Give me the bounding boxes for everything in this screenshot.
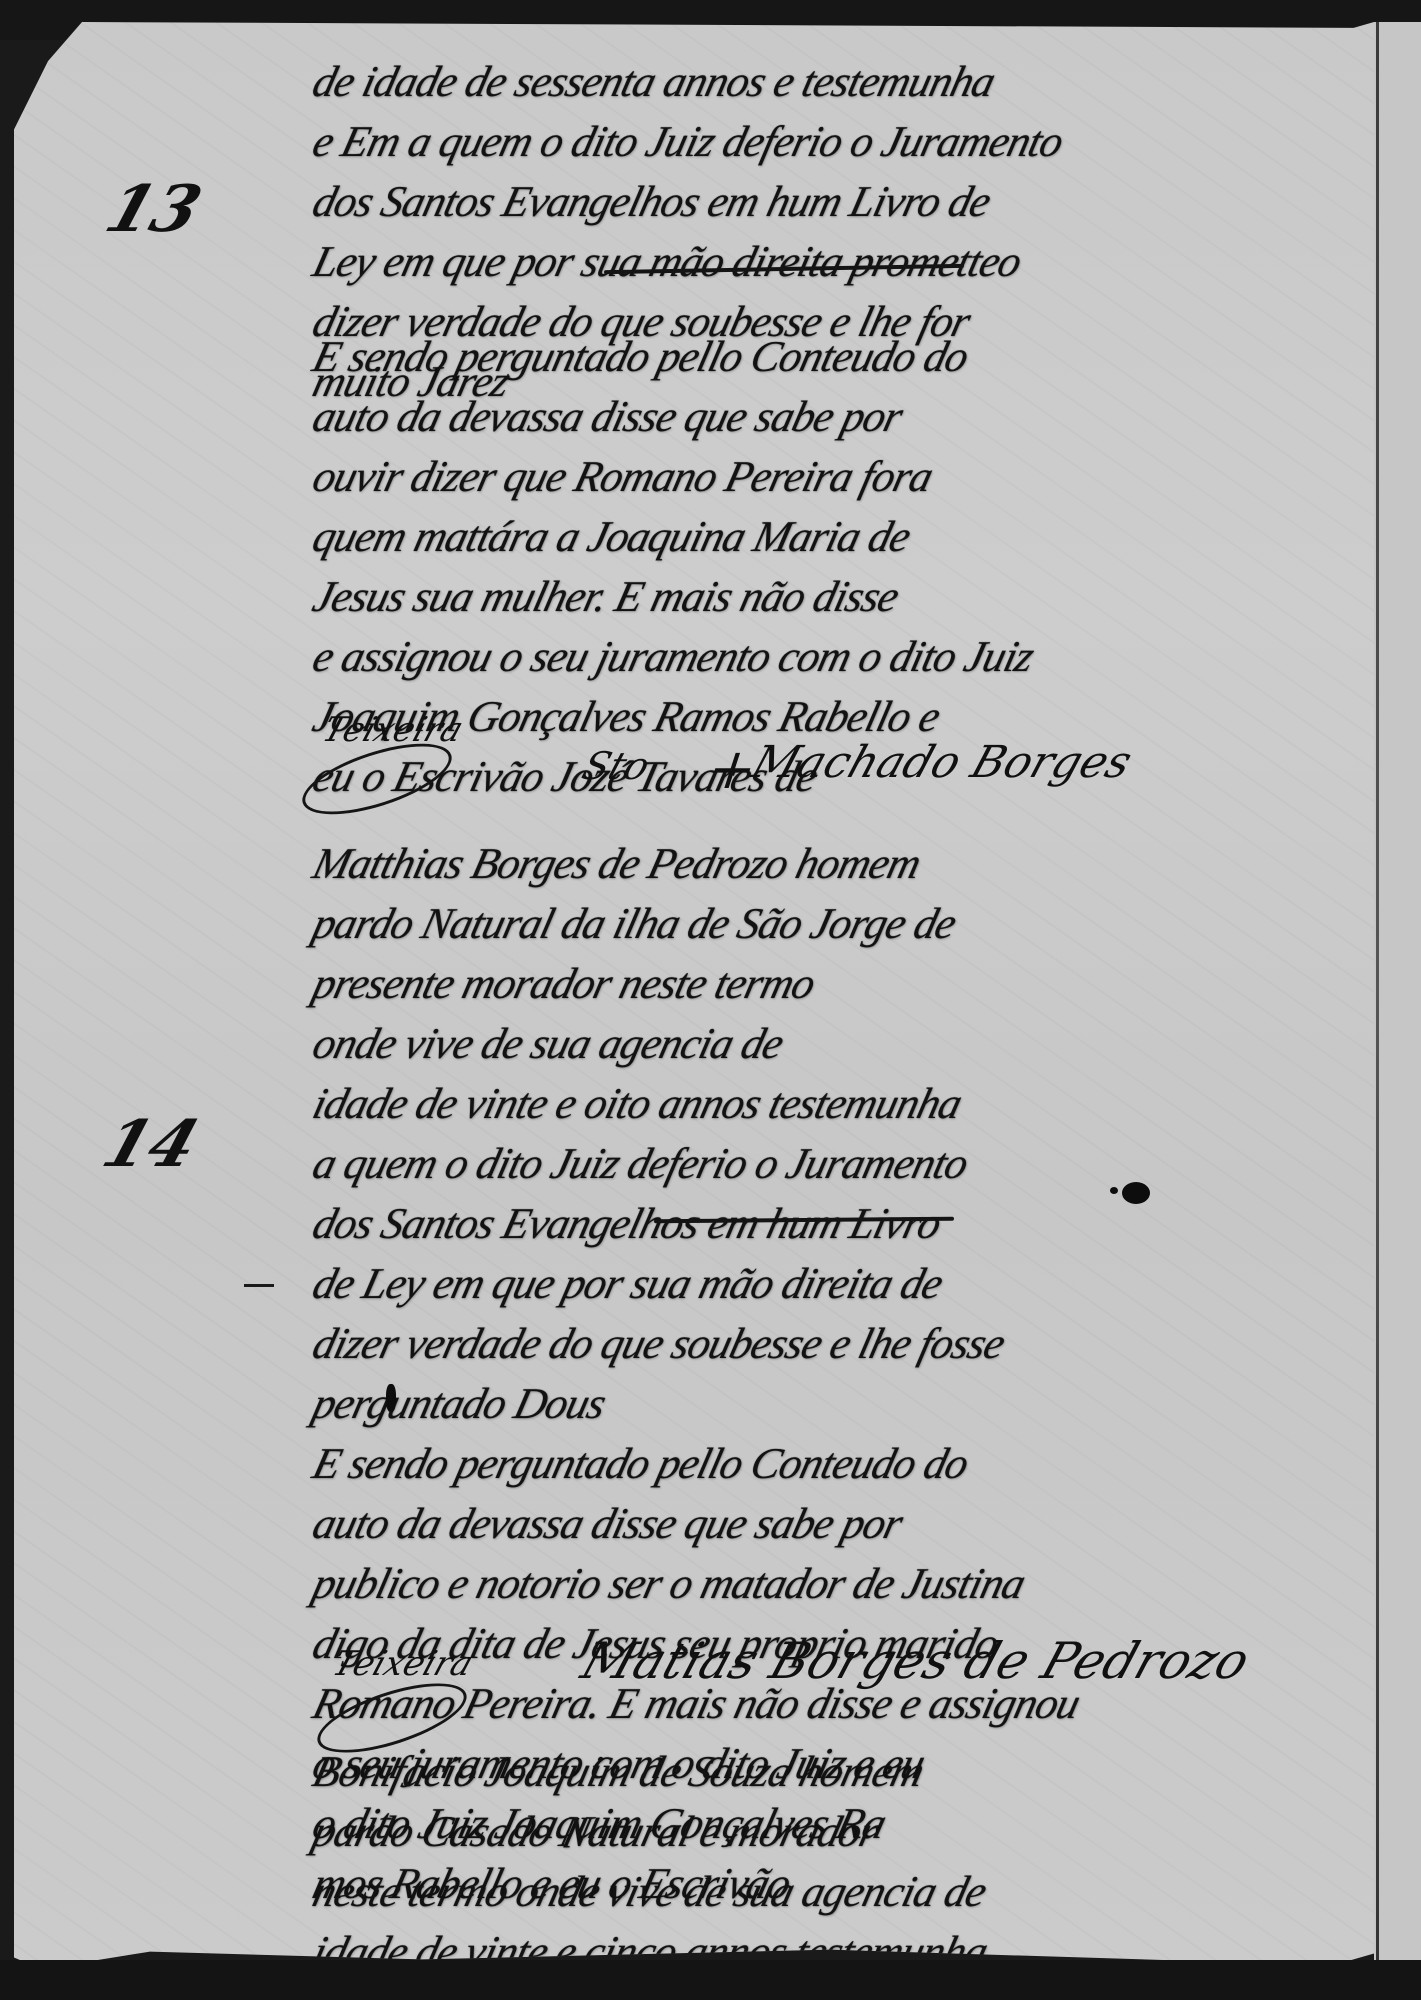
text-line: Matthias Borges de Pedrozo homem — [307, 834, 1162, 894]
text-line: pardo Casado Natural e morador — [307, 1802, 1162, 1862]
text-line: presente morador neste termo — [307, 954, 1162, 1014]
text-line: perguntado Dous — [307, 1374, 1162, 1434]
text-line: e assignou o seu juramento com o dito Ju… — [307, 627, 1162, 687]
text-line: Bonifacio Joaquim de Souza homem — [307, 1742, 1162, 1802]
text-line: Ley em que por sua mão direita prometteo — [307, 232, 1162, 292]
signature-witness: Machado Borges — [746, 737, 1138, 788]
text-line: neste termo onde vive de sua agencia de — [307, 1862, 1162, 1922]
ink-blot-small — [1110, 1187, 1118, 1194]
text-line: publico e notorio ser o matador de Justi… — [307, 1554, 1162, 1614]
text-line: auto da devassa disse que sabe por — [307, 1494, 1162, 1554]
text-line: dizer verdade do que soubesse e lhe foss… — [307, 1314, 1162, 1374]
text-line: a quem o dito Juiz deferio o Juramento — [307, 1134, 1162, 1194]
rubric-teixeira: Teixeira — [318, 710, 469, 750]
binding-line — [1376, 22, 1379, 1962]
ink-blot — [386, 1384, 396, 1412]
text-line: auto da devassa disse que sabe por — [307, 387, 1162, 447]
margin-dash — [244, 1284, 274, 1287]
scan-border-bottom — [0, 1960, 1421, 2000]
text-line: dos Santos Evangelhos em hum Livro de — [307, 172, 1162, 232]
text-line: quem mattára a Joaquina Maria de — [307, 507, 1162, 567]
text-line: idade de vinte e oito annos testemunha — [307, 1074, 1162, 1134]
ink-blot — [1122, 1182, 1150, 1204]
adjacent-page-edge — [1374, 22, 1421, 1962]
text-line: E sendo perguntado pello Conteudo do — [307, 1434, 1162, 1494]
text-line: Jesus sua mulher. E mais não disse — [307, 567, 1162, 627]
section-15-witness: Bonifacio Joaquim de Souza homem pardo C… — [314, 1742, 1154, 1977]
text-line: de idade de sessenta annos e testemunha — [307, 52, 1162, 112]
text-line: ouvir dizer que Romano Pereira fora — [307, 447, 1162, 507]
margin-number-14: 14 — [94, 1107, 207, 1182]
text-line: dos Santos Evangelhos em hum Livro — [307, 1194, 1162, 1254]
rubric-teixeira: Teixeira — [328, 1644, 479, 1684]
text-line: E sendo perguntado pello Conteudo do — [307, 327, 1162, 387]
manuscript-page: de idade de sessenta annos e testemunha … — [14, 22, 1374, 1977]
text-line: e Em a quem o dito Juiz deferio o Jurame… — [307, 112, 1162, 172]
text-line: de Ley em que por sua mão direita de — [307, 1254, 1162, 1314]
text-line: onde vive de sua agencia de — [307, 1014, 1162, 1074]
text-line: pardo Natural da ilha de São Jorge de — [307, 894, 1162, 954]
margin-number-13: 13 — [97, 172, 210, 247]
signature-witness: Matias Borges de Pedrozo — [575, 1632, 1257, 1690]
